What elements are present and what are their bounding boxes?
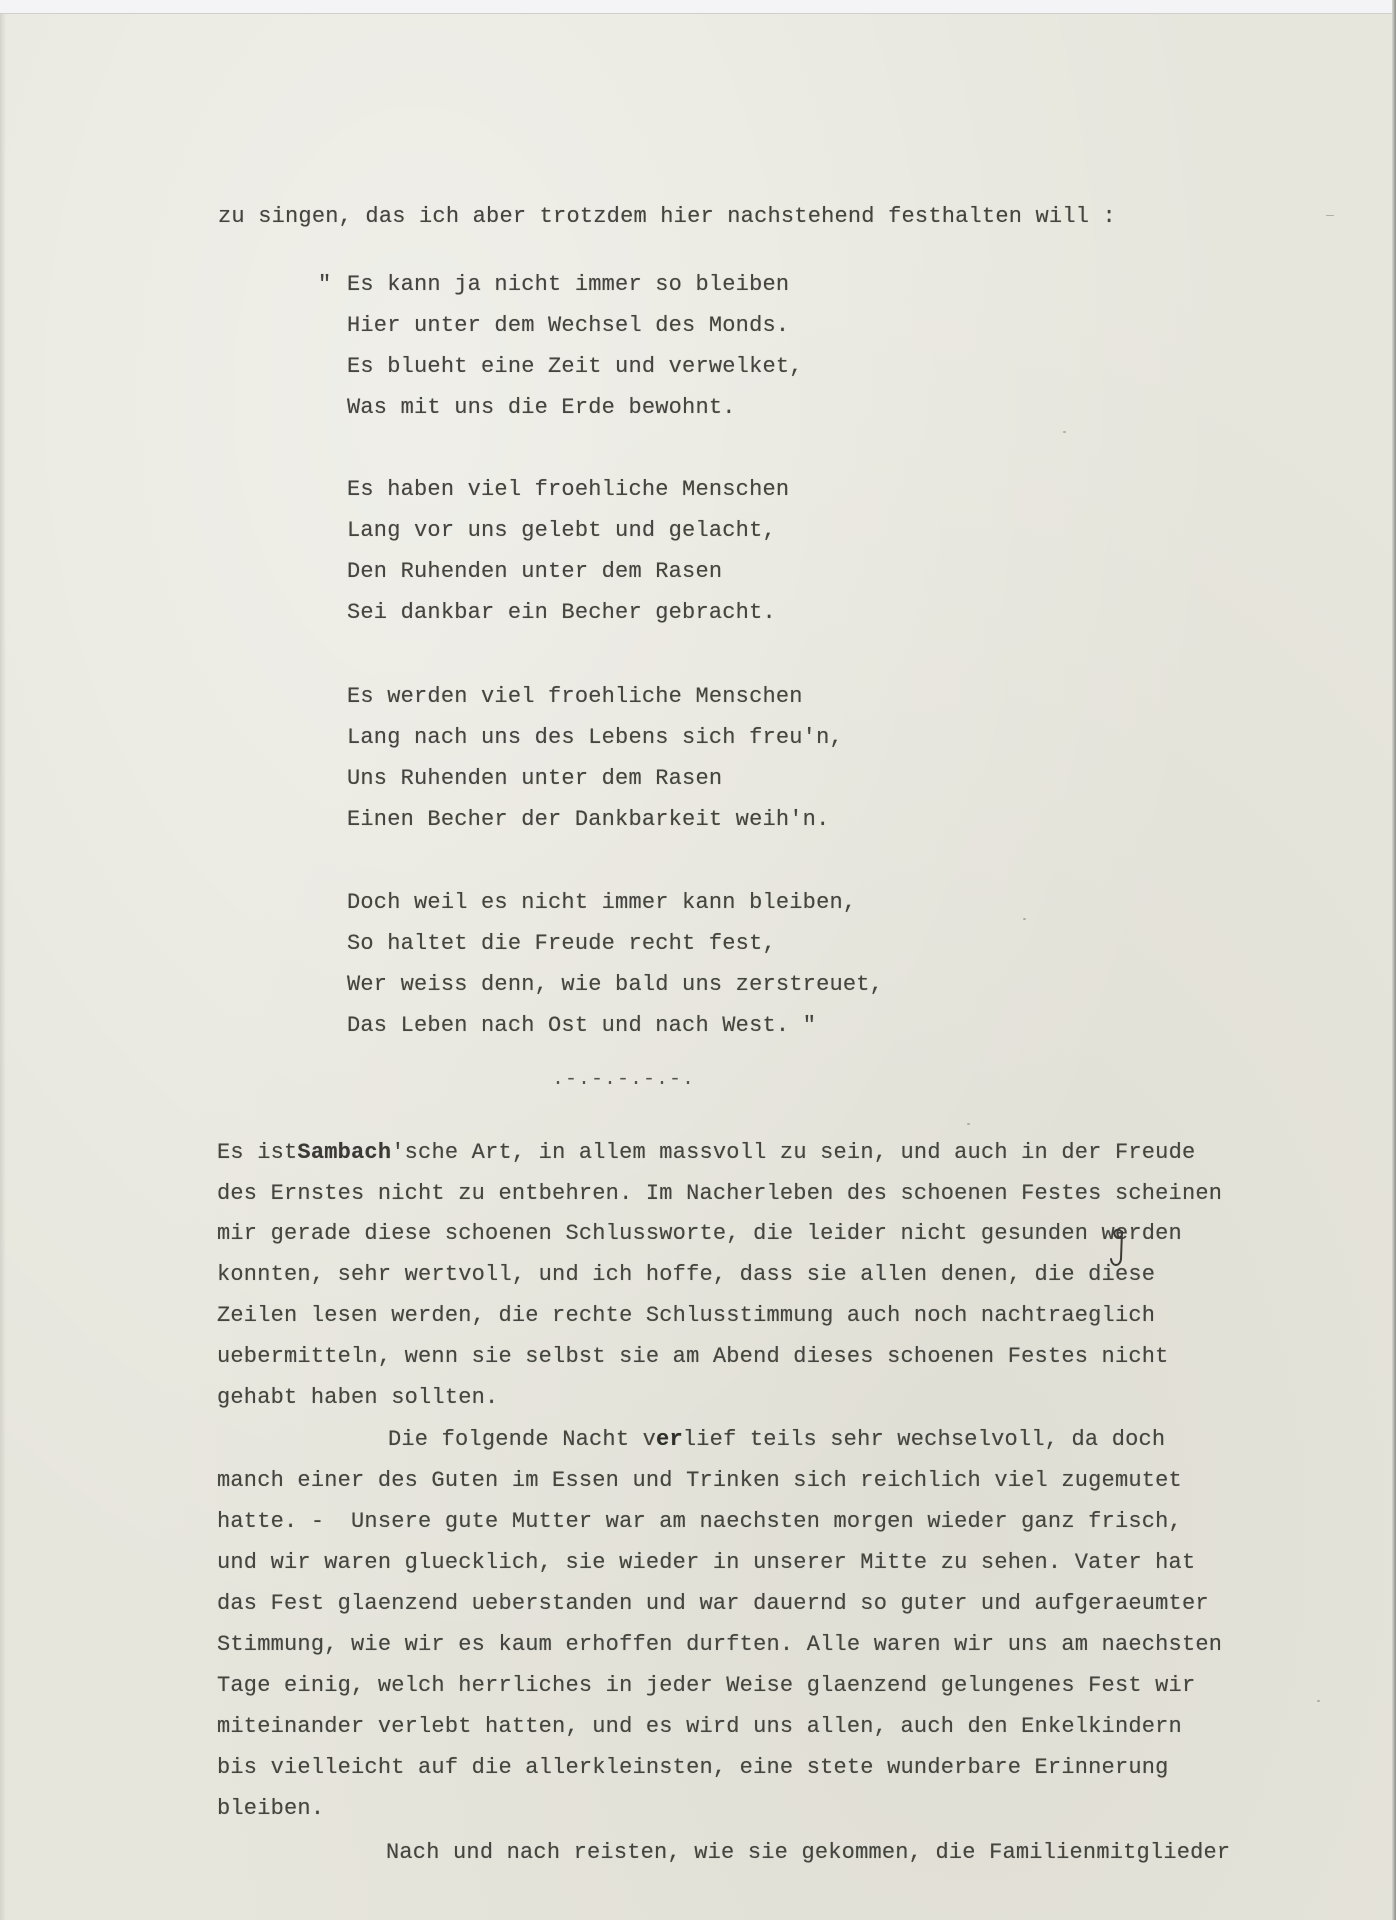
family-name-emphasis: Sambach: [297, 1140, 391, 1165]
poem-line: Hier unter dem Wechsel des Monds.: [347, 314, 789, 338]
poem-line: Wer weiss denn, wie bald uns zerstreuet,: [347, 973, 883, 997]
poem-line: Lang nach uns des Lebens sich freu'n,: [347, 726, 843, 750]
prose-line: des Ernstes nicht zu entbehren. Im Nache…: [217, 1182, 1222, 1206]
poem-line: Es haben viel froehliche Menschen: [347, 478, 789, 502]
prose-line: Nach und nach reisten, wie sie gekommen,…: [386, 1841, 1230, 1865]
prose-text: Die folgende Nacht v: [388, 1427, 656, 1452]
prose-line: Es istSambach'sche Art, in allem massvol…: [217, 1141, 1195, 1165]
prose-line: Die folgende Nacht verlief teils sehr we…: [388, 1428, 1165, 1452]
prose-line: manch einer des Guten im Essen und Trink…: [217, 1469, 1182, 1493]
prose-line: konnten, sehr wertvoll, und ich hoffe, d…: [217, 1263, 1155, 1287]
prose-line: miteinander verlebt hatten, und es wird …: [217, 1715, 1182, 1739]
poem-line: Sei dankbar ein Becher gebracht.: [347, 601, 776, 625]
prose-line: uebermitteln, wenn sie selbst sie am Abe…: [217, 1345, 1169, 1369]
poem-line: Doch weil es nicht immer kann bleiben,: [347, 891, 856, 915]
prose-line: gehabt haben sollten.: [217, 1386, 498, 1410]
poem-line: Einen Becher der Dankbarkeit weih'n.: [347, 808, 829, 832]
poem-line: Uns Ruhenden unter dem Rasen: [347, 767, 722, 791]
poem-close-quote: ": [803, 1013, 816, 1038]
prose-line: das Fest glaenzend ueberstanden und war …: [217, 1592, 1209, 1616]
prose-text: 'sche Art, in allem massvoll zu sein, un…: [391, 1140, 1195, 1165]
poem-line: Lang vor uns gelebt und gelacht,: [347, 519, 776, 543]
page-edge-shadow: [1392, 0, 1396, 1920]
poem-line: Den Ruhenden unter dem Rasen: [347, 560, 722, 584]
prose-line: und wir waren gluecklich, sie wieder in …: [217, 1551, 1195, 1575]
prose-line: mir gerade diese schoenen Schlussworte, …: [217, 1222, 1182, 1246]
paper-speck: [967, 1123, 970, 1125]
paper-speck: [1326, 215, 1334, 216]
poem-line: Es blueht eine Zeit und verwelket,: [347, 355, 803, 379]
overtyped-correction: er: [656, 1427, 683, 1452]
poem-line: So haltet die Freude recht fest,: [347, 932, 776, 956]
prose-line: Stimmung, wie wir es kaum erhoffen durft…: [217, 1633, 1222, 1657]
paper-speck: [1063, 431, 1066, 433]
paper-speck: [1317, 1700, 1320, 1702]
prose-text: lief teils sehr wechselvoll, da doch: [683, 1427, 1165, 1452]
prose-line: Tage einig, welch herrliches in jeder We…: [217, 1674, 1195, 1698]
poem-line: Es werden viel froehliche Menschen: [347, 685, 803, 709]
poem-open-quote: ": [318, 273, 331, 297]
prose-text: Es ist: [217, 1140, 297, 1165]
prose-line: bleiben.: [217, 1797, 324, 1821]
poem-line-last: Das Leben nach Ost und nach West. ": [347, 1014, 816, 1038]
poem-line: Es kann ja nicht immer so bleiben: [347, 273, 789, 297]
paper-speck: [1023, 918, 1026, 920]
intro-line: zu singen, das ich aber trotzdem hier na…: [218, 205, 1116, 229]
prose-line: hatte. - Unsere gute Mutter war am naech…: [217, 1510, 1182, 1534]
section-separator: .-.-.-.-.-.: [552, 1068, 695, 1091]
poem-line-text: Das Leben nach Ost und nach West.: [347, 1013, 789, 1038]
poem-line: Was mit uns die Erde bewohnt.: [347, 396, 736, 420]
scan-bed-margin: [0, 0, 1396, 14]
prose-line: Zeilen lesen werden, die rechte Schlusst…: [217, 1304, 1155, 1328]
prose-line: bis vielleicht auf die allerkleinsten, e…: [217, 1756, 1169, 1780]
